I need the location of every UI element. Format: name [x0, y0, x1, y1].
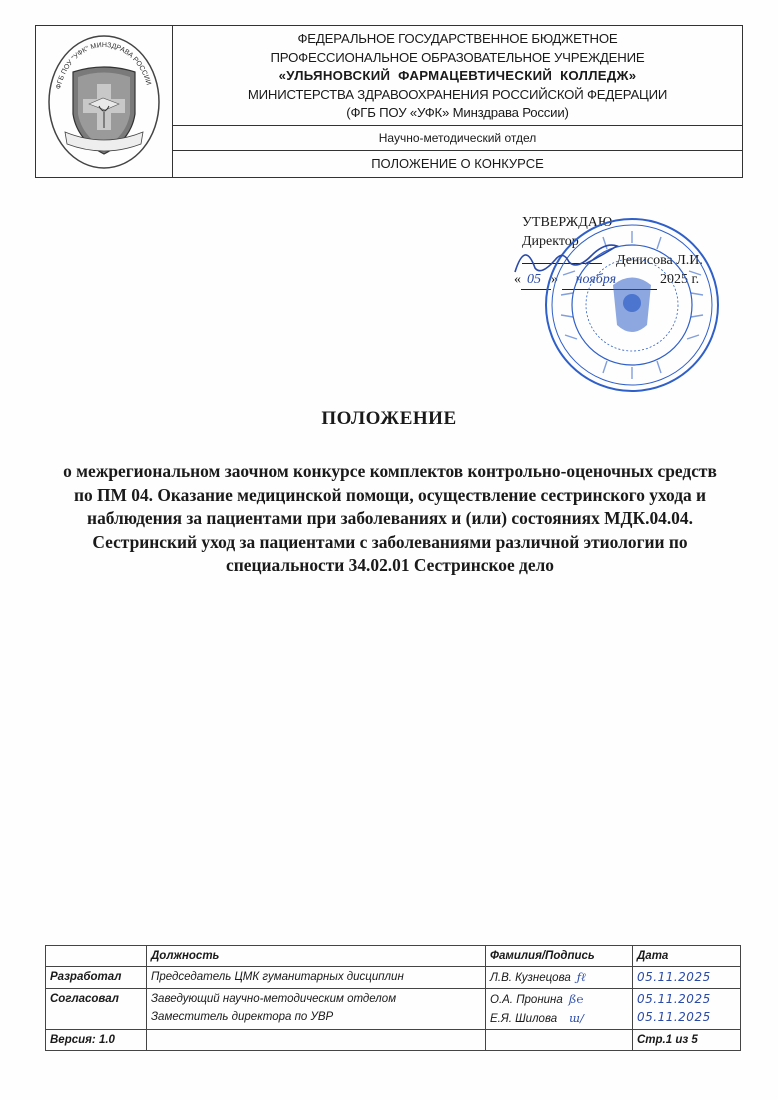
college-emblem-icon: ФГБ ПОУ "УФК" МИНЗДРАВА РОССИИ — [45, 32, 163, 172]
document-subtitle: о межрегиональном заочном конкурсе компл… — [60, 460, 720, 578]
table-header-row: Должность Фамилия/Подпись Дата — [46, 946, 741, 967]
name-cell: Л.В. Кузнецоваƒℓ — [486, 967, 633, 989]
approver-position: Директор — [522, 232, 703, 251]
empty-cell — [486, 1030, 633, 1051]
page-number-cell: Стр.1 из 5 — [633, 1030, 741, 1051]
table-row: Согласовал Заведующий научно-методически… — [46, 989, 741, 1030]
header-cell-position: Должность — [147, 946, 486, 967]
date-month: ноября — [562, 270, 657, 290]
name-cell: О.А. Пронинаß℮ Е.Я. Шиловаɯ/ — [486, 989, 633, 1030]
position-line: Заместитель директора по УВР — [151, 1008, 481, 1026]
org-line-5: (ФГБ ПОУ «УФК» Минздрава России) — [173, 104, 742, 123]
signer-name: О.А. Пронина — [490, 994, 563, 1006]
date-year: 2025 г. — [660, 272, 699, 287]
approval-block: УТВЕРЖДАЮ Директор Денисова Л.И. «05» но… — [522, 213, 703, 290]
role-cell: Согласовал — [46, 989, 147, 1030]
position-line: Заведующий научно-методическим отделом — [151, 990, 481, 1008]
date-cell: 05.11.2025 05.11.2025 — [633, 989, 741, 1030]
date-line: 05.11.2025 — [637, 990, 736, 1008]
approver-name: Денисова Л.И. — [616, 253, 703, 268]
signature-icon: ƒℓ — [577, 970, 586, 984]
date-day: 05 — [521, 270, 551, 290]
org-line-4: МИНИСТЕРСТВА ЗДРАВООХРАНЕНИЯ РОССИЙСКОЙ … — [173, 86, 742, 105]
approve-label: УТВЕРЖДАЮ — [522, 213, 703, 232]
department: Научно-методический отдел — [173, 126, 742, 151]
signer-name: Е.Я. Шилова — [490, 1013, 557, 1025]
organization-name: ФЕДЕРАЛЬНОЕ ГОСУДАРСТВЕННОЕ БЮДЖЕТНОЕ ПР… — [173, 26, 742, 126]
table-row: Разработал Председатель ЦМК гуманитарных… — [46, 967, 741, 989]
signature-line — [522, 263, 602, 264]
signature-icon: ß℮ — [569, 992, 584, 1006]
document-title: ПОЛОЖЕНИЕ — [0, 408, 778, 430]
version-cell: Версия: 1.0 — [46, 1030, 147, 1051]
date-line: 05.11.2025 — [637, 1008, 736, 1026]
quote-close: » — [551, 272, 558, 287]
table-footer-row: Версия: 1.0 Стр.1 из 5 — [46, 1030, 741, 1051]
date-cell: 05.11.2025 — [633, 967, 741, 989]
header-info: ФЕДЕРАЛЬНОЕ ГОСУДАРСТВЕННОЕ БЮДЖЕТНОЕ ПР… — [173, 26, 742, 177]
header-cell-date: Дата — [633, 946, 741, 967]
header-cell-name: Фамилия/Подпись — [486, 946, 633, 967]
document-header: ФГБ ПОУ "УФК" МИНЗДРАВА РОССИИ ФЕДЕРАЛЬН… — [35, 25, 743, 178]
signer-name: Л.В. Кузнецова — [490, 972, 571, 984]
quote-open: « — [514, 272, 521, 287]
org-line-3: «УЛЬЯНОВСКИЙ ФАРМАЦЕВТИЧЕСКИЙ КОЛЛЕДЖ» — [173, 67, 742, 86]
empty-cell — [147, 1030, 486, 1051]
position-cell: Председатель ЦМК гуманитарных дисциплин — [147, 967, 486, 989]
signature-icon: ɯ/ — [569, 1011, 584, 1025]
org-line-2: ПРОФЕССИОНАЛЬНОЕ ОБРАЗОВАТЕЛЬНОЕ УЧРЕЖДЕ… — [173, 49, 742, 68]
role-cell: Разработал — [46, 967, 147, 989]
position-cell: Заведующий научно-методическим отделом З… — [147, 989, 486, 1030]
logo-cell: ФГБ ПОУ "УФК" МИНЗДРАВА РОССИИ — [36, 26, 173, 177]
header-cell-empty — [46, 946, 147, 967]
approval-date: «05» ноября 2025 г. — [514, 270, 703, 290]
org-line-1: ФЕДЕРАЛЬНОЕ ГОСУДАРСТВЕННОЕ БЮДЖЕТНОЕ — [173, 30, 742, 49]
document-type: ПОЛОЖЕНИЕ О КОНКУРСЕ — [173, 151, 742, 177]
approval-sheet-table: Должность Фамилия/Подпись Дата Разработа… — [45, 945, 741, 1051]
